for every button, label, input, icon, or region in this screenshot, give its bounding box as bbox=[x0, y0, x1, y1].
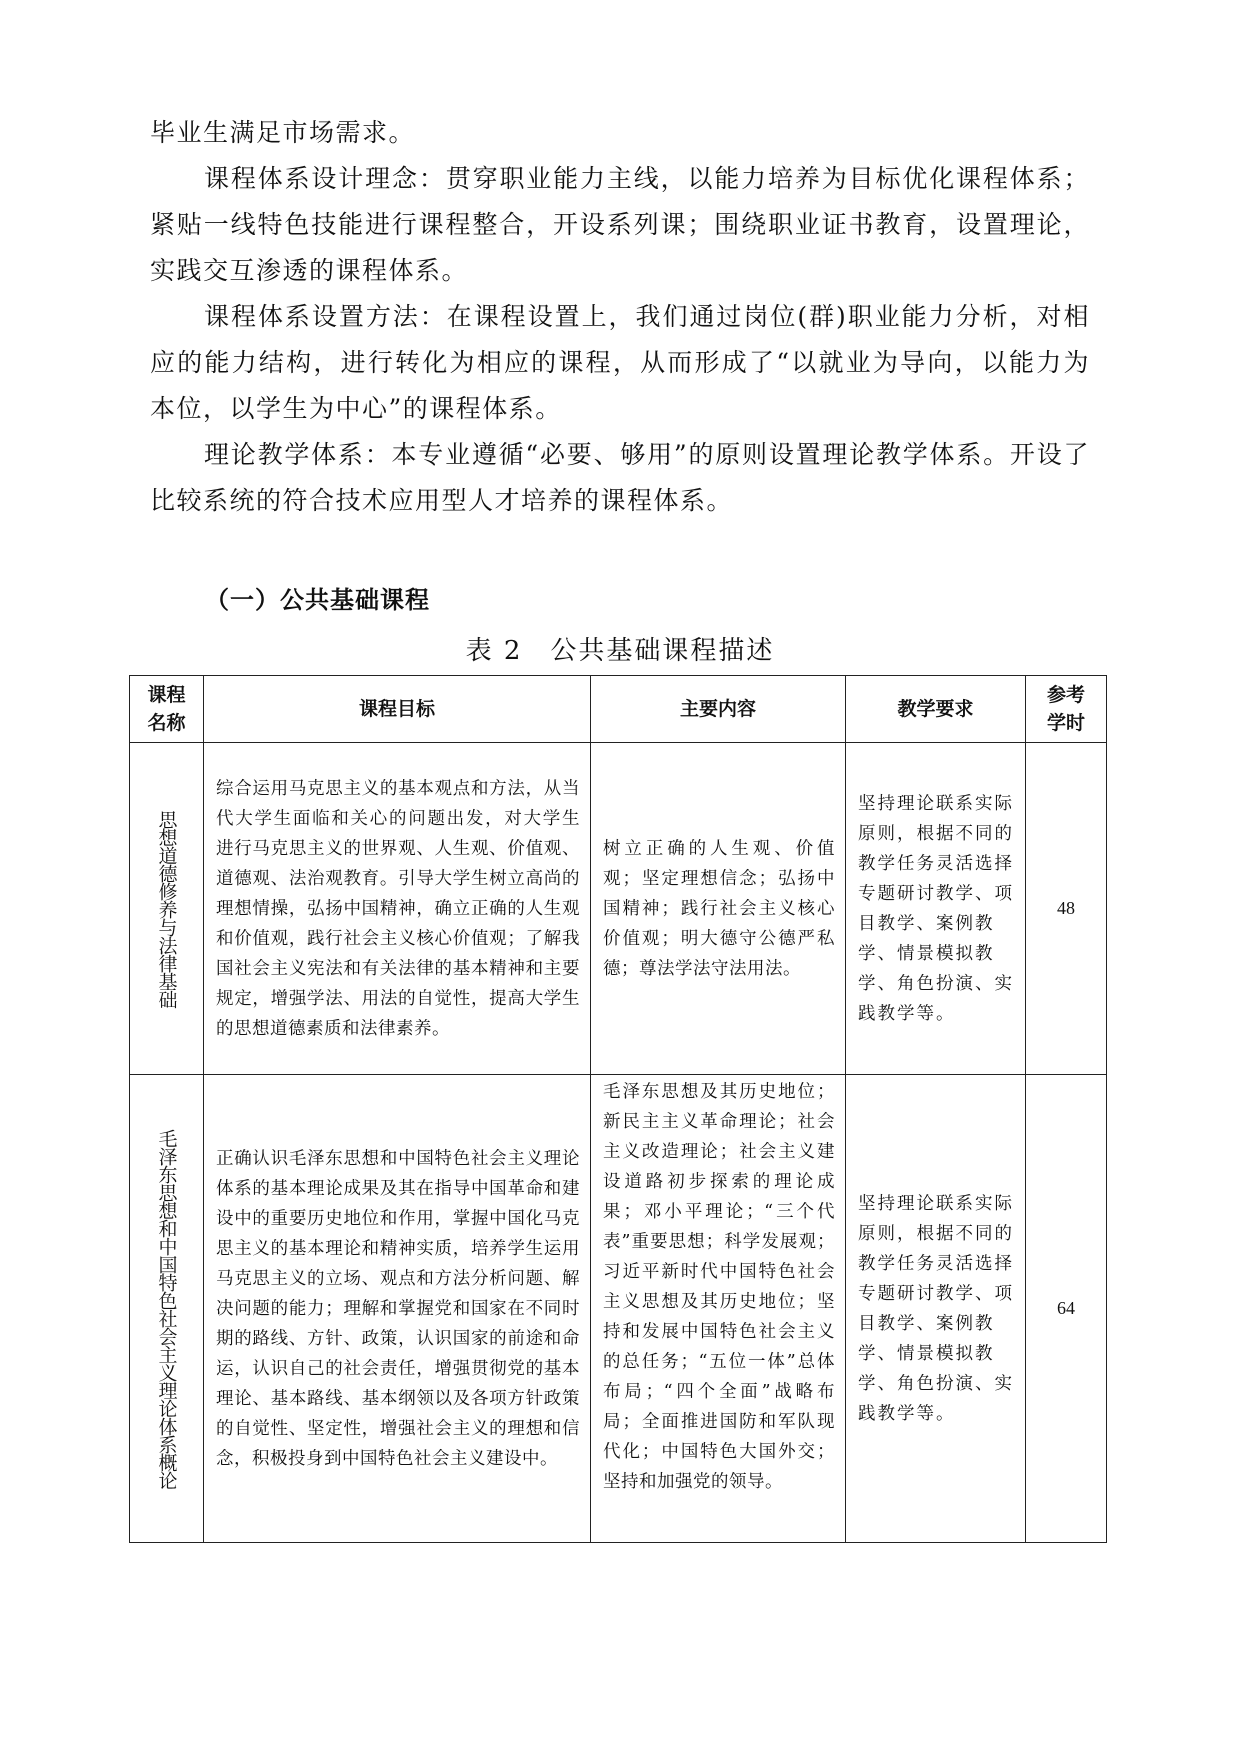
header-reference-hours: 参考学时 bbox=[1026, 676, 1107, 743]
teaching-requirements: 坚持理论联系实际原则，根据不同的教学任务灵活选择专题研讨教学、项目教学、案例教学… bbox=[846, 787, 1025, 1031]
course-name: 思想道德修养与法律基础 bbox=[157, 810, 177, 1008]
table-header-row: 课程名称 课程目标 主要内容 教学要求 参考学时 bbox=[130, 676, 1107, 743]
paragraph-continuation: 毕业生满足市场需求。 bbox=[150, 110, 1090, 156]
header-course-goal: 课程目标 bbox=[204, 676, 591, 743]
course-description-table: 课程名称 课程目标 主要内容 教学要求 参考学时 思想道德修养与法律基础 综合运… bbox=[129, 675, 1107, 1543]
reference-hours: 48 bbox=[1026, 743, 1107, 1075]
teaching-requirements-cell: 坚持理论联系实际原则，根据不同的教学任务灵活选择专题研讨教学、项目教学、案例教学… bbox=[846, 1075, 1026, 1543]
table-row: 毛泽东思想和中国特色社会主义理论体系概论 正确认识毛泽东思想和中国特色社会主义理… bbox=[130, 1075, 1107, 1543]
paragraph-theory-system: 理论教学体系：本专业遵循“必要、够用”的原则设置理论教学体系。开设了比较系统的符… bbox=[150, 432, 1090, 524]
course-name-cell: 毛泽东思想和中国特色社会主义理论体系概论 bbox=[130, 1075, 204, 1543]
paragraph-setup-method: 课程体系设置方法：在课程设置上，我们通过岗位(群)职业能力分析，对相应的能力结构… bbox=[150, 294, 1090, 432]
course-name-cell: 思想道德修养与法律基础 bbox=[130, 743, 204, 1075]
header-teaching-requirements: 教学要求 bbox=[846, 676, 1026, 743]
course-goal: 正确认识毛泽东思想和中国特色社会主义理论体系的基本理论成果及其在指导中国革命和建… bbox=[204, 1142, 590, 1476]
header-course-name: 课程名称 bbox=[130, 676, 204, 743]
table-row: 思想道德修养与法律基础 综合运用马克思主义的基本观点和方法，从当代大学生面临和关… bbox=[130, 743, 1107, 1075]
main-content: 毛泽东思想及其历史地位；新民主主义革命理论；社会主义改造理论；社会主义建设道路初… bbox=[591, 1075, 845, 1499]
course-goal-cell: 正确认识毛泽东思想和中国特色社会主义理论体系的基本理论成果及其在指导中国革命和建… bbox=[204, 1075, 591, 1543]
main-content: 树立正确的人生观、价值观；坚定理想信念；弘扬中国精神；践行社会主义核心价值观；明… bbox=[591, 832, 845, 986]
teaching-requirements: 坚持理论联系实际原则，根据不同的教学任务灵活选择专题研讨教学、项目教学、案例教学… bbox=[846, 1187, 1025, 1431]
header-main-content: 主要内容 bbox=[591, 676, 846, 743]
teaching-requirements-cell: 坚持理论联系实际原则，根据不同的教学任务灵活选择专题研讨教学、项目教学、案例教学… bbox=[846, 743, 1026, 1075]
paragraph-design-concept: 课程体系设计理念：贯穿职业能力主线，以能力培养为目标优化课程体系；紧贴一线特色技… bbox=[150, 156, 1090, 294]
table-caption: 表 2 公共基础课程描述 bbox=[0, 630, 1240, 667]
reference-hours: 64 bbox=[1026, 1075, 1107, 1543]
main-content-cell: 毛泽东思想及其历史地位；新民主主义革命理论；社会主义改造理论；社会主义建设道路初… bbox=[591, 1075, 846, 1543]
course-name: 毛泽东思想和中国特色社会主义理论体系概论 bbox=[157, 1129, 177, 1489]
section-heading: （一）公共基础课程 bbox=[205, 580, 430, 615]
course-goal: 综合运用马克思主义的基本观点和方法，从当代大学生面临和关心的问题出发，对大学生 … bbox=[204, 772, 590, 1046]
course-goal-cell: 综合运用马克思主义的基本观点和方法，从当代大学生面临和关心的问题出发，对大学生 … bbox=[204, 743, 591, 1075]
main-content-cell: 树立正确的人生观、价值观；坚定理想信念；弘扬中国精神；践行社会主义核心价值观；明… bbox=[591, 743, 846, 1075]
